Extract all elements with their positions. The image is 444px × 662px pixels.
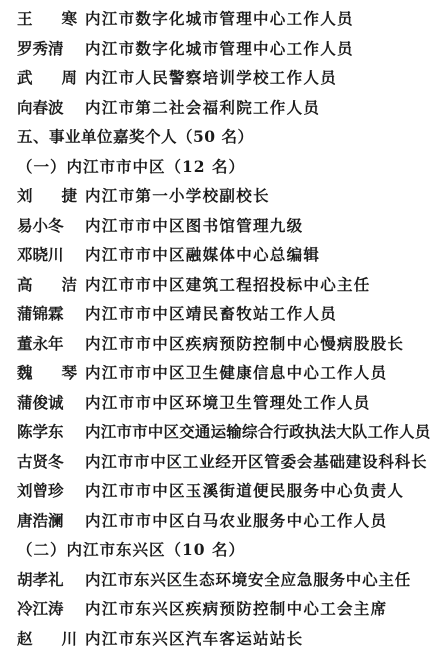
list-item: 唐浩澜 内江市市中区白马农业服务中心工作人员 (0, 506, 444, 536)
list-item: 董永年 内江市市中区疾病预防控制中心慢病股股长 (0, 329, 444, 359)
person-position: 内江市市中区融媒体中心总编辑 (85, 240, 320, 270)
name-char-2: 周 (61, 63, 77, 93)
document-page: 王寒 内江市数字化城市管理中心工作人员 罗秀清 内江市数字化城市管理中心工作人员… (0, 0, 444, 662)
person-name: 赵川 (17, 624, 77, 654)
person-name: 易小冬 (17, 211, 77, 241)
person-position: 内江市数字化城市管理中心工作人员 (85, 4, 354, 34)
list-item: 向春波 内江市第二社会福利院工作人员 (0, 93, 444, 123)
list-item: 武周 内江市人民警察培训学校工作人员 (0, 63, 444, 93)
person-name: 董永年 (17, 329, 77, 359)
person-position: 内江市市中区环境卫生管理处工作人员 (85, 388, 371, 418)
person-name: 武周 (17, 63, 77, 93)
person-name: 刘捷 (17, 181, 77, 211)
list-item: 刘曾珍 内江市市中区玉溪街道便民服务中心负责人 (0, 476, 444, 506)
person-position: 内江市人民警察培训学校工作人员 (85, 63, 337, 93)
name-char-1: 魏 (17, 358, 33, 388)
list-item: 冷江涛 内江市东兴区疾病预防控制中心工会主席 (0, 594, 444, 624)
person-name: 蒲俊诚 (17, 388, 77, 418)
section-heading: 五、事业单位嘉奖个人（50 名） (0, 122, 444, 152)
list-item: 罗秀清 内江市数字化城市管理中心工作人员 (0, 34, 444, 64)
list-item: 邓晓川 内江市市中区融媒体中心总编辑 (0, 240, 444, 270)
person-name: 王寒 (17, 4, 77, 34)
list-item: 王寒 内江市数字化城市管理中心工作人员 (0, 4, 444, 34)
list-item: 赵川 内江市东兴区汽车客运站站长 (0, 624, 444, 654)
list-item: 古贤冬 内江市市中区工业经开区管委会基础建设科科长 (0, 447, 444, 477)
list-item: 魏琴 内江市市中区卫生健康信息中心工作人员 (0, 358, 444, 388)
name-char-1: 刘 (17, 181, 33, 211)
name-char-2: 琴 (61, 358, 77, 388)
name-char-2: 洁 (61, 270, 77, 300)
person-position: 内江市市中区玉溪街道便民服务中心负责人 (85, 476, 404, 506)
person-position: 内江市市中区工业经开区管委会基础建设科科长 (85, 447, 427, 477)
person-position: 内江市第二社会福利院工作人员 (85, 93, 320, 123)
group-heading: （一）内江市市中区（12 名） (0, 152, 444, 182)
person-position: 内江市市中区靖民畜牧站工作人员 (85, 299, 337, 329)
list-item: 易小冬 内江市市中区图书馆管理九级 (0, 211, 444, 241)
list-item: 胡孝礼 内江市东兴区生态环境安全应急服务中心主任 (0, 565, 444, 595)
person-position: 内江市市中区交通运输综合行政执法大队工作人员 (85, 417, 430, 447)
person-name: 邓晓川 (17, 240, 77, 270)
name-char-2: 寒 (61, 4, 77, 34)
name-char-1: 武 (17, 63, 33, 93)
person-name: 唐浩澜 (17, 506, 77, 536)
list-item: 陈学东 内江市市中区交通运输综合行政执法大队工作人员 (0, 417, 444, 447)
list-item: 刘捷 内江市第一小学校副校长 (0, 181, 444, 211)
group-heading: （二）内江市东兴区（10 名） (0, 535, 444, 565)
person-name: 向春波 (17, 93, 77, 123)
person-name: 蒲锦霖 (17, 299, 77, 329)
person-name: 胡孝礼 (17, 565, 77, 595)
name-char-1: 赵 (17, 624, 33, 654)
name-char-1: 王 (17, 4, 33, 34)
list-item: 高洁 内江市市中区建筑工程招投标中心主任 (0, 270, 444, 300)
person-position: 内江市第一小学校副校长 (85, 181, 270, 211)
person-name: 魏琴 (17, 358, 77, 388)
person-position: 内江市东兴区疾病预防控制中心工会主席 (85, 594, 387, 624)
person-name: 高洁 (17, 270, 77, 300)
person-position: 内江市东兴区汽车客运站站长 (85, 624, 303, 654)
person-name: 罗秀清 (17, 34, 77, 64)
person-position: 内江市市中区疾病预防控制中心慢病股股长 (85, 329, 404, 359)
person-name: 陈学东 (17, 417, 77, 447)
person-name: 冷江涛 (17, 594, 77, 624)
person-position: 内江市市中区建筑工程招投标中心主任 (85, 270, 371, 300)
person-position: 内江市市中区卫生健康信息中心工作人员 (85, 358, 387, 388)
list-item: 蒲俊诚 内江市市中区环境卫生管理处工作人员 (0, 388, 444, 418)
name-char-1: 高 (17, 270, 33, 300)
name-char-2: 川 (61, 624, 77, 654)
person-name: 刘曾珍 (17, 476, 77, 506)
list-item: 蒲锦霖 内江市市中区靖民畜牧站工作人员 (0, 299, 444, 329)
person-position: 内江市数字化城市管理中心工作人员 (85, 34, 354, 64)
person-position: 内江市东兴区生态环境安全应急服务中心主任 (85, 565, 411, 595)
person-name: 古贤冬 (17, 447, 77, 477)
name-char-2: 捷 (61, 181, 77, 211)
person-position: 内江市市中区白马农业服务中心工作人员 (85, 506, 387, 536)
person-position: 内江市市中区图书馆管理九级 (85, 211, 303, 241)
